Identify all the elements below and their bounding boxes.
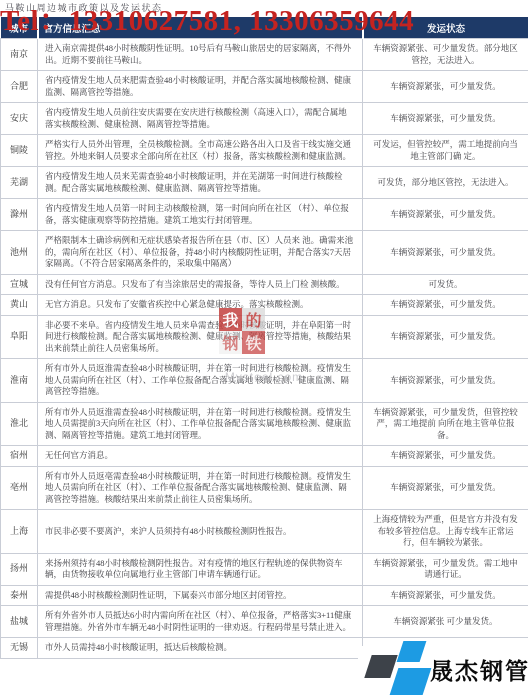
table-cell-city: 南京 [1,39,38,71]
table-cell-info: 没有任何官方消息。只发布了有当涂旅居史的需报备，等待人员上门检 测核酸。 [38,274,363,295]
table-row: 铜陵严格实行人员外出管理，全员核酸检测。全市高速公路各出入口及省干线实施交通管控… [1,135,528,167]
table-cell-info: 所有市外人员返亳需查验48小时核酸证明，并在第一时间进行核酸检测。疫情发生地人员… [38,466,363,510]
logo-text: 晟杰钢管 [430,646,528,696]
table-row: 池州严格限制本土确诊病例和无症状感染者报告所在县（市、区）人员来 池。确需来池的… [1,231,528,275]
table-cell-city: 铜陵 [1,135,38,167]
shengjie-logo-icon [358,646,430,696]
table-row: 安庆省内疫情发生地人员前往安庆需要在安庆进行核酸检测（高速入口），需配合属地落实… [1,103,528,135]
table-cell-info: 非必要不来阜。省内疫情发生地人员来阜需查验48小时核酸证明，并在阜阳第一时间进行… [38,315,363,359]
table-cell-status: 车辆资源紧张，可少量发货，但管控较严，需工地提前 向所在地主管单位报备。 [363,402,528,446]
watermark-grid: 我 的 钢 铁 [219,308,265,354]
watermark-char: 的 [242,308,265,331]
table-cell-info: 省内疫情发生地人员第一时间主动核酸检测，第一时间向所在社区 （村）、单位报备，落… [38,199,363,231]
shengjie-logo: 晟杰钢管 [358,646,528,696]
table-row: 宣城没有任何官方消息。只发布了有当涂旅居史的需报备，等待人员上门检 测核酸。可发… [1,274,528,295]
table-row: 合肥省内疫情发生地人员来肥需查验48小时核酸证明，并配合落实属地核酸检测、健康监… [1,71,528,103]
watermark-char: 铁 [242,331,265,354]
table-row: 亳州所有市外人员返亳需查验48小时核酸证明，并在第一时间进行核酸检测。疫情发生地… [1,466,528,510]
table-cell-city: 合肥 [1,71,38,103]
table-cell-info: 严格实行人员外出管理，全员核酸检测。全市高速公路各出入口及省干线实施交通管控。外… [38,135,363,167]
table-cell-info: 无官方消息。只发布了安徽省疾控中心紧急健康提示。落实核酸检测。 [38,295,363,316]
table-row: 南京进入南京需提供48小时核酸阴性证明。10号后有马鞍山旅居史的居家隔离，不得外… [1,39,528,71]
table-cell-city: 芜湖 [1,167,38,199]
table-row: 淮北所有市外人员返淮需查验48小时核酸证明，并在第一时间进行核酸检测。疫情发生地… [1,402,528,446]
table-cell-info: 省内疫情发生地人员来芜需查验48小时核酸证明，并在芜湖第一时间进行核酸检测。配合… [38,167,363,199]
table-cell-info: 无任何官方消息。 [38,446,363,467]
table-cell-info: 市民非必要不要离沪，来沪人员须持有48小时核酸检测阴性报告。 [38,510,363,554]
table-cell-status: 车辆资源紧张，可少量发货。 [363,231,528,275]
table-cell-city: 宿州 [1,446,38,467]
table-cell-city: 阜阳 [1,315,38,359]
table-cell-status: 车辆资源紧张 可少量发货。 [363,606,528,638]
watermark-char: 我 [219,308,242,331]
table-row: 上海市民非必要不要离沪，来沪人员须持有48小时核酸检测阴性报告。上海疫情较为严重… [1,510,528,554]
table-cell-city: 宣城 [1,274,38,295]
table-cell-city: 滁州 [1,199,38,231]
table-cell-city: 黄山 [1,295,38,316]
table-cell-info: 进入南京需提供48小时核酸阴性证明。10号后有马鞍山旅居史的居家隔离，不得外出。… [38,39,363,71]
logo-parallelogram-dark [364,655,397,678]
table-cell-info: 省内疫情发生地人员前往安庆需要在安庆进行核酸检测（高速入口），需配合属地落实核酸… [38,103,363,135]
table-cell-city: 上海 [1,510,38,554]
table-cell-status: 车辆资源紧张，可少量发货。 [363,295,528,316]
table-cell-info: 严格限制本土确诊病例和无症状感染者报告所在县（市、区）人员来 池。确需来池的，需… [38,231,363,275]
mysteel-watermark: 我 的 钢 铁 Mysteel.com [219,308,265,354]
table-row: 盐城所有外省外市人员抵达6小时内需向所在社区（村）、单位报备，严格落实3+11健… [1,606,528,638]
table-cell-status: 车辆资源紧张，可少量发货。 [363,466,528,510]
table-cell-info: 需提供48小时核酸检测阴性证明，下属泰兴市部分地区封闭管控。 [38,585,363,606]
table-cell-info: 所有市外人员返淮需查验48小时核酸证明，并在第一时间进行核酸检测。疫情发生地人员… [38,402,363,446]
table-cell-status: 可发运，但管控较严，需工地提前向当地主管部门确 定。 [363,135,528,167]
table-cell-city: 亳州 [1,466,38,510]
table-cell-city: 安庆 [1,103,38,135]
table-cell-info: 省内疫情发生地人员来肥需查验48小时核酸证明，并配合落实属地核酸检测、健康监测、… [38,71,363,103]
logo-parallelogram-blue-bottom [390,668,432,695]
table-cell-status: 车辆资源紧张，可少量发货。 [363,199,528,231]
table-row: 芜湖省内疫情发生地人员来芜需查验48小时核酸证明，并在芜湖第一时间进行核酸检测。… [1,167,528,199]
watermark-char: 钢 [219,331,242,354]
table-cell-status: 车辆资源紧张，可少量发货。需工地申请通行证。 [363,553,528,585]
table-cell-status: 车辆资源紧张，可少量发货。 [363,446,528,467]
table-cell-city: 淮南 [1,359,38,403]
table-cell-status: 可发货，部分地区管控，无法进入。 [363,167,528,199]
table-cell-status: 车辆资源紧张，可少量发货。 [363,359,528,403]
table-cell-city: 无锡 [1,638,38,659]
table-cell-info: 市外人员需持48小时核酸证明，抵达后核酸检测。 [38,638,363,659]
table-cell-status: 可发货。 [363,274,528,295]
table-cell-info: 来扬州须持有48小时核酸检测阴性报告。对有疫情的地区行程轨迹的保供物资车辆，由货… [38,553,363,585]
table-row: 泰州需提供48小时核酸检测阴性证明，下属泰兴市部分地区封闭管控。车辆资源紧张，可… [1,585,528,606]
table-cell-status: 车辆资源紧张，可少量发货。 [363,71,528,103]
table-cell-city: 扬州 [1,553,38,585]
table-cell-city: 池州 [1,231,38,275]
tel-overlay: Tel：13310627581, 13306359644 [0,0,414,39]
watermark-site-text: Mysteel.com [189,370,339,384]
table-cell-status: 上海疫情较为严重，但是官方并没有发布较多管控信息。上海专线车正常运行，但车辆较为… [363,510,528,554]
table-cell-city: 泰州 [1,585,38,606]
table-row: 扬州来扬州须持有48小时核酸检测阴性报告。对有疫情的地区行程轨迹的保供物资车辆，… [1,553,528,585]
table-cell-city: 淮北 [1,402,38,446]
table-cell-status: 车辆资源紧张，可少量发货。 [363,103,528,135]
table-row: 滁州省内疫情发生地人员第一时间主动核酸检测，第一时间向所在社区 （村）、单位报备… [1,199,528,231]
table-cell-status: 车辆资源紧张，可少量发货。 [363,585,528,606]
table-cell-status: 车辆资源紧张，可少量发货。 [363,315,528,359]
page: 马鞍山周边城市政策以及发运状态 Tel：13310627581, 1330635… [0,0,528,696]
table-row: 宿州无任何官方消息。车辆资源紧张，可少量发货。 [1,446,528,467]
table-cell-info: 所有外省外市人员抵达6小时内需向所在社区（村）、单位报备，严格落实3+11健康管… [38,606,363,638]
table-cell-city: 盐城 [1,606,38,638]
table-cell-status: 车辆资源紧张、可少量发货。部分地区管控，无法进入。 [363,39,528,71]
